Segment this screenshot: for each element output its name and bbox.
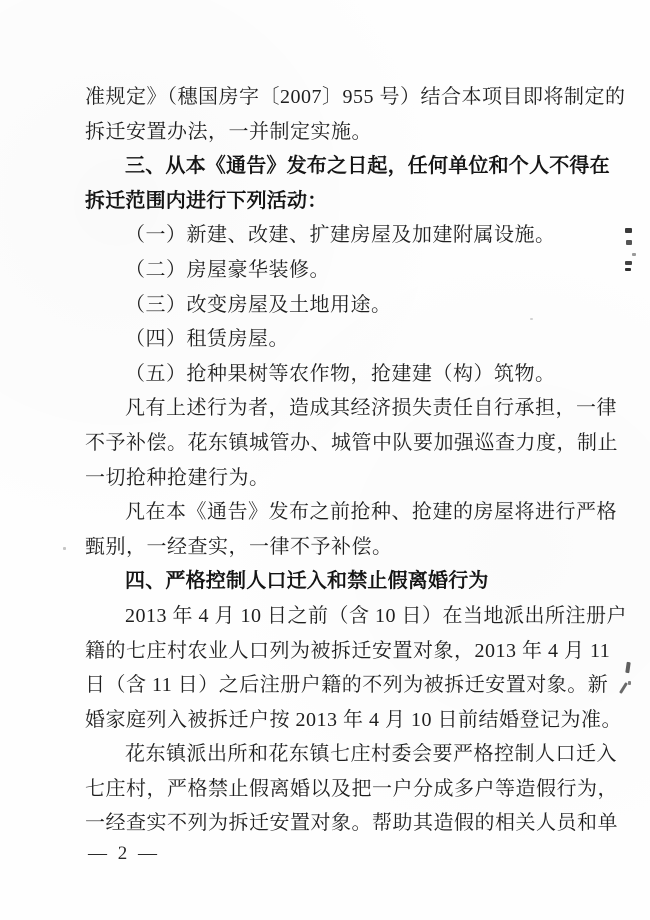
scan-artifact bbox=[632, 253, 636, 256]
text-line: （三）改变房屋及土地用途。 bbox=[85, 288, 555, 323]
text-line: （一）新建、改建、扩建房屋及加建附属设施。 bbox=[85, 218, 555, 253]
scan-artifact bbox=[625, 662, 630, 673]
document-page: 准规定》（穗国房字〔2007〕955 号）结合本项目即将制定的拆迁安置办法，一并… bbox=[0, 0, 650, 920]
text-line: （二）房屋豪华装修。 bbox=[85, 253, 555, 288]
text-line: 甄别，一经查实，一律不予补偿。 bbox=[85, 530, 555, 565]
scan-artifact bbox=[625, 261, 632, 265]
scan-artifact bbox=[625, 268, 631, 271]
body-text: 准规定》（穗国房字〔2007〕955 号）结合本项目即将制定的拆迁安置办法，一并… bbox=[85, 80, 555, 841]
text-line: 七庄村，严格禁止假离婚以及把一户分成多户等造假行为， bbox=[85, 772, 555, 807]
text-line: 一经查实不列为拆迁安置对象。帮助其造假的相关人员和单 bbox=[85, 806, 555, 841]
text-line: 籍的七庄村农业人口列为被拆迁安置对象，2013 年 4 月 11 bbox=[85, 634, 555, 669]
text-line: 2013 年 4 月 10 日之前（含 10 日）在当地派出所注册户 bbox=[85, 599, 555, 634]
scan-artifact bbox=[628, 681, 631, 685]
scan-speck bbox=[63, 547, 66, 550]
text-line: 三、从本《通告》发布之日起，任何单位和个人不得在 bbox=[85, 149, 555, 184]
text-line: 不予补偿。花东镇城管办、城管中队要加强巡查力度，制止 bbox=[85, 426, 555, 461]
text-line: 四、严格控制人口迁入和禁止假离婚行为 bbox=[85, 564, 555, 599]
text-line: 拆迁安置办法，一并制定实施。 bbox=[85, 115, 555, 150]
text-line: 日（含 11 日）之后注册户籍的不列为被拆迁安置对象。新 bbox=[85, 668, 555, 703]
text-line: 拆迁范围内进行下列活动： bbox=[85, 184, 555, 219]
scan-speck bbox=[178, 198, 181, 200]
text-line: 凡有上述行为者，造成其经济损失责任自行承担，一律 bbox=[85, 391, 555, 426]
text-line: （五）抢种果树等农作物，抢建建（构）筑物。 bbox=[85, 357, 555, 392]
text-line: 一切抢种抢建行为。 bbox=[85, 461, 555, 496]
scan-artifact bbox=[626, 240, 632, 245]
scan-artifact bbox=[619, 682, 628, 694]
text-line: 凡在本《通告》发布之前抢种、抢建的房屋将进行严格 bbox=[85, 495, 555, 530]
scan-artifact bbox=[625, 228, 632, 233]
text-line: 婚家庭列入被拆迁户按 2013 年 4 月 10 日前结婚登记为准。 bbox=[85, 703, 555, 738]
page-number: — 2 — bbox=[88, 843, 160, 865]
scan-speck bbox=[530, 318, 533, 320]
text-line: 花东镇派出所和花东镇七庄村委会要严格控制人口迁入 bbox=[85, 737, 555, 772]
text-line: （四）租赁房屋。 bbox=[85, 322, 555, 357]
text-line: 准规定》（穗国房字〔2007〕955 号）结合本项目即将制定的 bbox=[85, 80, 555, 115]
